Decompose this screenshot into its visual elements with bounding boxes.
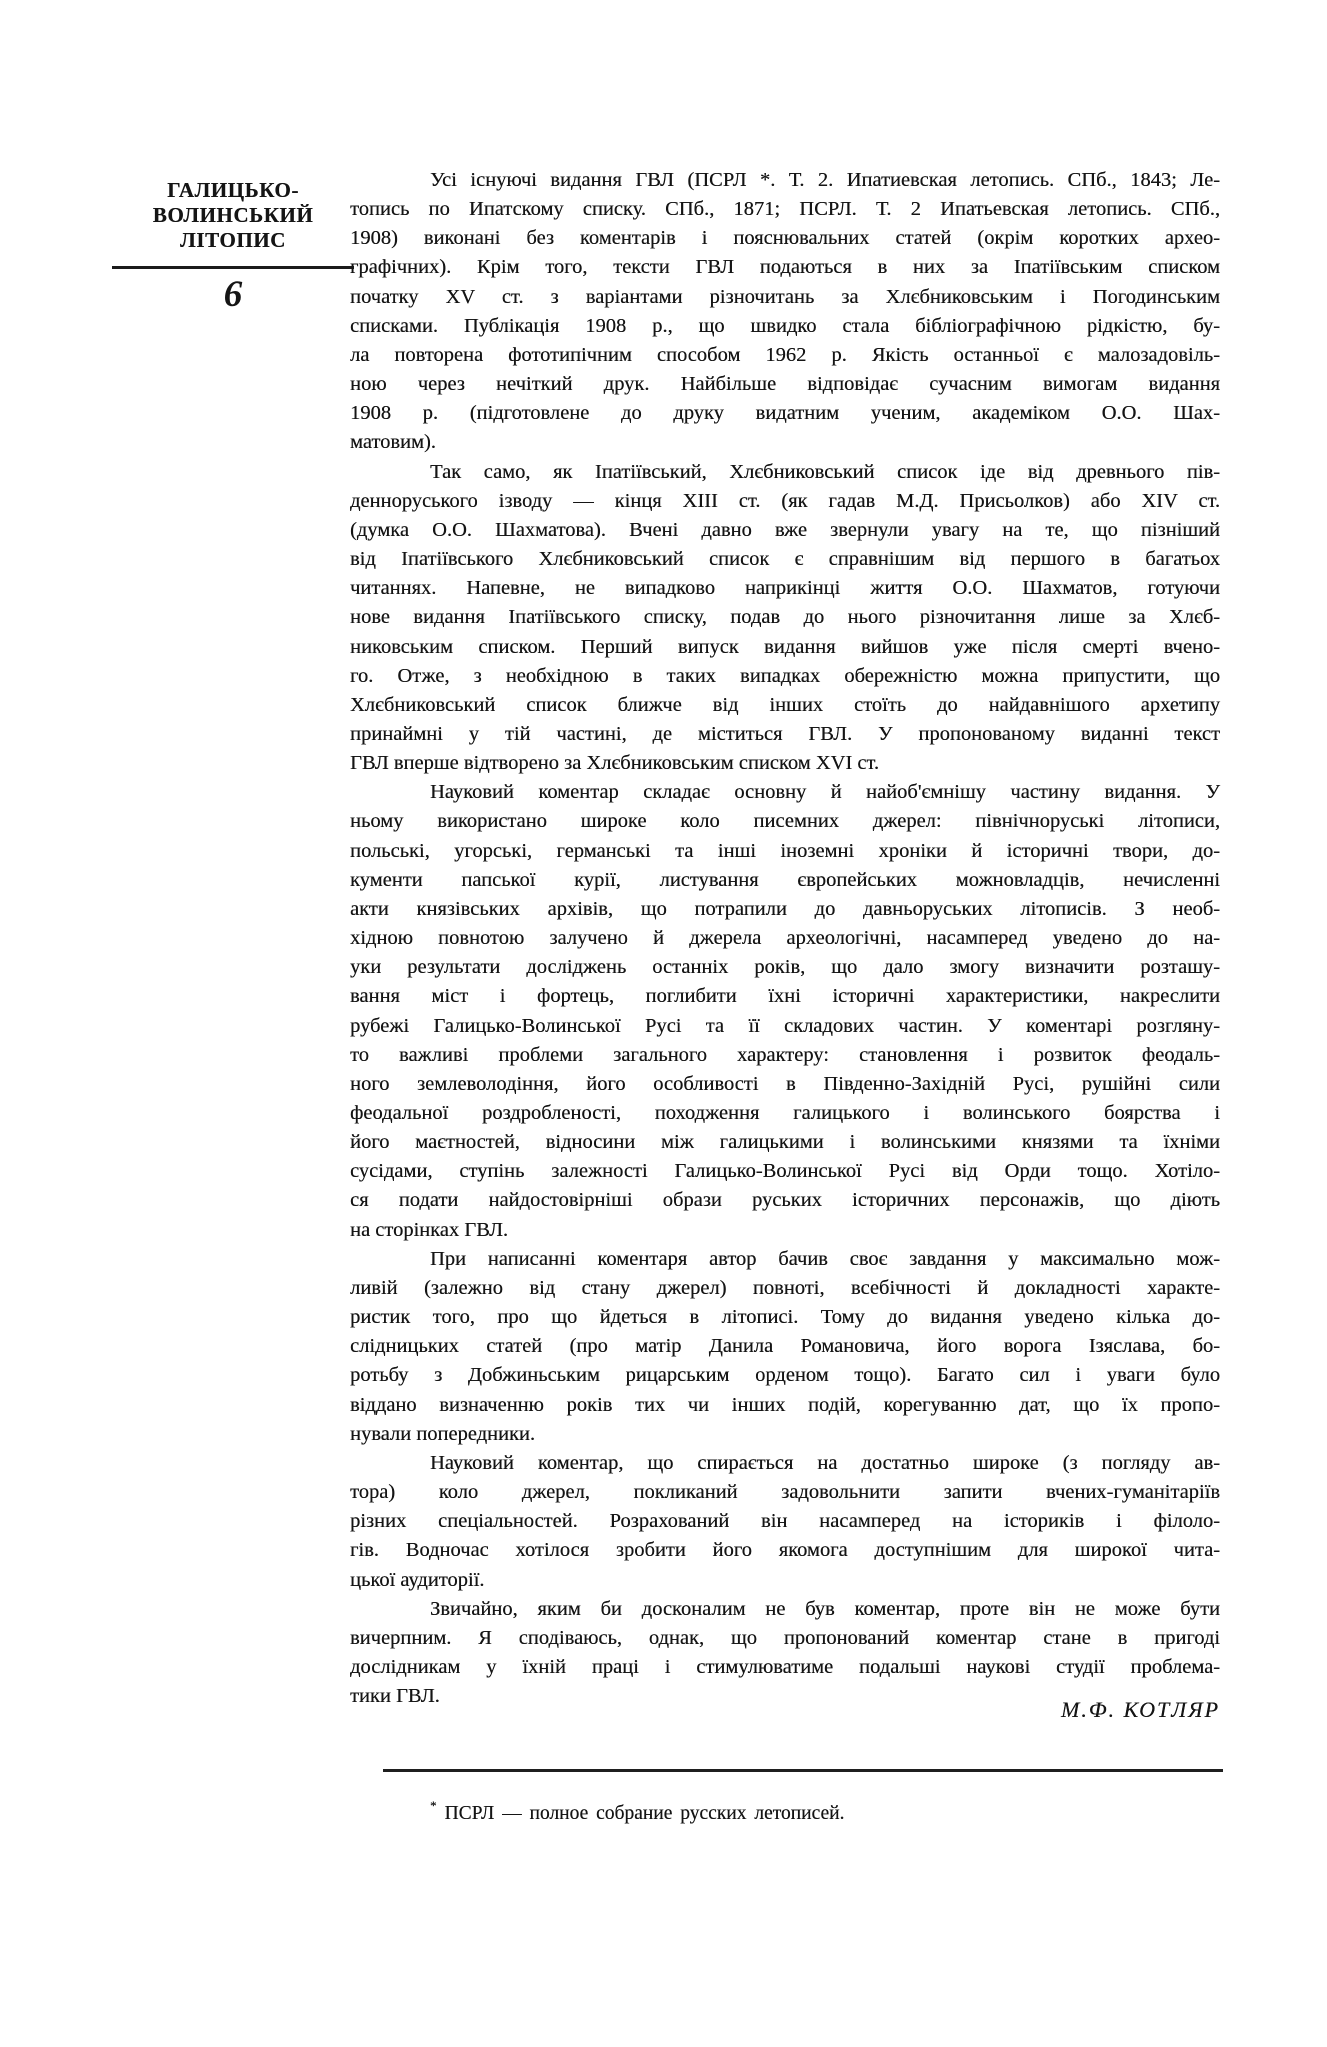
text-line: принаймні у тій частині, де міститься ГВ…: [350, 720, 1220, 749]
text-line: Звичайно, яким би досконалим не був коме…: [350, 1595, 1220, 1624]
body-text: Усі існуючі видання ГВЛ (ПСРЛ *. Т. 2. И…: [350, 166, 1220, 1711]
text-line: ливій (залежно від стану джерел) повноті…: [350, 1274, 1220, 1303]
chronicle-title-line-1: ГАЛИЦЬКО-: [112, 178, 354, 203]
text-line: від Іпатіївського Хлєбниковський список …: [350, 545, 1220, 574]
page-number: 6: [112, 276, 354, 314]
text-line: графічних). Крім того, тексти ГВЛ подают…: [350, 253, 1220, 282]
text-line: Усі існуючі видання ГВЛ (ПСРЛ *. Т. 2. И…: [350, 166, 1220, 195]
text-line: хідною повнотою залучено й джерела архео…: [350, 924, 1220, 953]
text-line: денноруського ізводу — кінця XIII ст. (я…: [350, 487, 1220, 516]
text-line: Хлєбниковський список ближче від інших с…: [350, 691, 1220, 720]
text-line: початку XV ст. з варіантами різночитань …: [350, 283, 1220, 312]
text-line: 1908 р. (підготовлене до друку видатним …: [350, 399, 1220, 428]
text-line: топись по Ипатскому списку. СПб., 1871; …: [350, 195, 1220, 224]
paragraph: Так само, як Іпатіївський, Хлєбниковськи…: [350, 458, 1220, 779]
footnote-text: ПСРЛ — полное собрание русских летописей…: [445, 1803, 845, 1824]
text-line: ного землеволодіння, його особливості в …: [350, 1070, 1220, 1099]
footnote-marker: *: [430, 1798, 437, 1813]
text-line: ротьбу з Добжиньським рицарським орденом…: [350, 1361, 1220, 1390]
text-line: ньому використано широке коло писемних д…: [350, 807, 1220, 836]
text-line: никовським списком. Перший випуск виданн…: [350, 633, 1220, 662]
text-line: дослідникам у їхній праці і стимулюватим…: [350, 1653, 1220, 1682]
footnote: *ПСРЛ — полное собрание русских летописе…: [350, 1793, 1220, 1827]
sidebar-rule: [112, 266, 354, 269]
text-line: (думка О.О. Шахматова). Вчені давно вже …: [350, 516, 1220, 545]
paragraph: Звичайно, яким би досконалим не був коме…: [350, 1595, 1220, 1712]
paragraph: Усі існуючі видання ГВЛ (ПСРЛ *. Т. 2. И…: [350, 166, 1220, 458]
paragraph: При написанні коментаря автор бачив своє…: [350, 1245, 1220, 1449]
author-signature: М.Ф. КОТЛЯР: [350, 1697, 1220, 1723]
text-line: ристик того, про що йдеться в літописі. …: [350, 1303, 1220, 1332]
text-line: феодальної роздробленості, походження га…: [350, 1099, 1220, 1128]
text-line: ною через нечіткий друк. Найбільше відпо…: [350, 370, 1220, 399]
text-line: ся подати найдостовірніші образи руських…: [350, 1186, 1220, 1215]
text-line: віддано визначенню років тих чи інших по…: [350, 1391, 1220, 1420]
text-line: рубежі Галицько-Волинської Русі та її ск…: [350, 1012, 1220, 1041]
text-line: Науковий коментар складає основну й найо…: [350, 778, 1220, 807]
text-line: При написанні коментаря автор бачив своє…: [350, 1245, 1220, 1274]
text-line: польські, угорські, германські та інші і…: [350, 837, 1220, 866]
text-line: нували попередники.: [350, 1420, 1220, 1449]
paragraph: Науковий коментар складає основну й найо…: [350, 778, 1220, 1245]
text-line: його маєтностей, відносини між галицьким…: [350, 1128, 1220, 1157]
text-line: Науковий коментар, що спирається на дост…: [350, 1449, 1220, 1478]
paragraph: Науковий коментар, що спирається на дост…: [350, 1449, 1220, 1595]
text-line: читаннях. Напевне, не випадково наприкін…: [350, 574, 1220, 603]
text-line: уки результати досліджень останніх років…: [350, 953, 1220, 982]
text-line: ла повторена фототипічним способом 1962 …: [350, 341, 1220, 370]
text-line: списками. Публікація 1908 р., що швидко …: [350, 312, 1220, 341]
text-line: акти князівських архівів, що потрапили д…: [350, 895, 1220, 924]
text-line: вичерпним. Я сподіваюсь, однак, що пропо…: [350, 1624, 1220, 1653]
text-line: сусідами, ступінь залежності Галицько-Во…: [350, 1157, 1220, 1186]
text-line: різних спеціальностей. Розрахований він …: [350, 1507, 1220, 1536]
text-line: 1908) виконані без коментарів і пояснюва…: [350, 224, 1220, 253]
text-line: гів. Водночас хотілося зробити його яком…: [350, 1536, 1220, 1565]
text-line: Так само, як Іпатіївський, Хлєбниковськи…: [350, 458, 1220, 487]
text-line: кументи папської курії, листування європ…: [350, 866, 1220, 895]
footnote-rule: [383, 1769, 1223, 1772]
chronicle-title-line-3: ЛІТОПИС: [112, 228, 354, 253]
text-line: тора) коло джерел, покликаний задовольни…: [350, 1478, 1220, 1507]
text-line: на сторінках ГВЛ.: [350, 1216, 1220, 1245]
running-head: ГАЛИЦЬКО- ВОЛИНСЬКИЙ ЛІТОПИС 6: [112, 178, 354, 314]
text-line: цької аудиторії.: [350, 1566, 1220, 1595]
chronicle-title-line-2: ВОЛИНСЬКИЙ: [112, 203, 354, 228]
text-line: го. Отже, з необхідною в таких випадках …: [350, 662, 1220, 691]
text-line: ГВЛ вперше відтворено за Хлєбниковським …: [350, 749, 1220, 778]
text-line: нове видання Іпатіївського списку, подав…: [350, 603, 1220, 632]
book-page: ГАЛИЦЬКО- ВОЛИНСЬКИЙ ЛІТОПИС 6 Усі існую…: [0, 0, 1327, 2047]
text-line: вання міст і фортець, поглибити їхні іст…: [350, 982, 1220, 1011]
text-line: матовим).: [350, 428, 1220, 457]
text-line: то важливі проблеми загального характеру…: [350, 1041, 1220, 1070]
text-line: слідницьких статей (про матір Данила Ром…: [350, 1332, 1220, 1361]
